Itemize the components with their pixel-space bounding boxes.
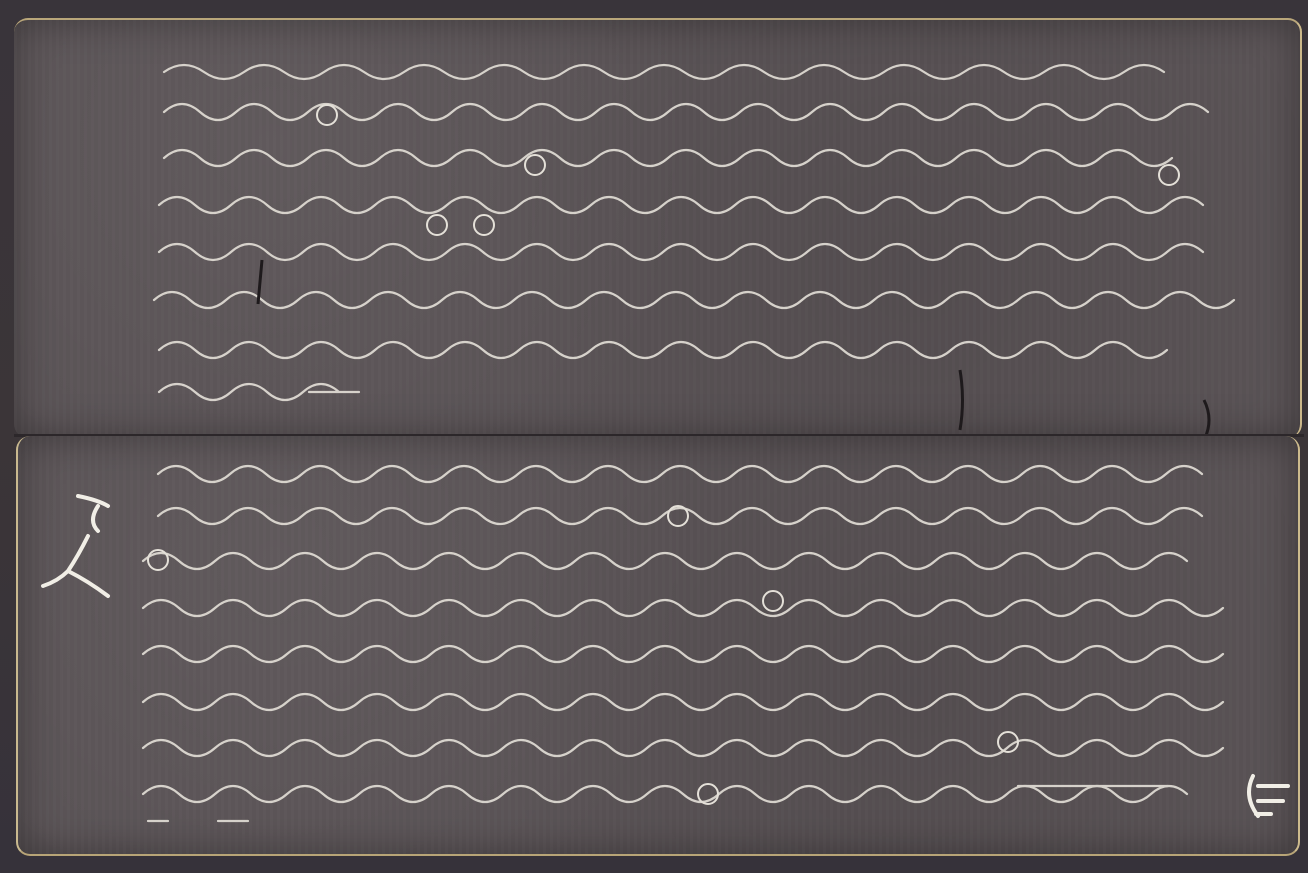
script-lines-top	[14, 20, 1300, 438]
manuscript-top-panel	[14, 18, 1302, 438]
manuscript-bottom-panel	[16, 436, 1300, 856]
script-lines-bottom	[18, 436, 1298, 854]
